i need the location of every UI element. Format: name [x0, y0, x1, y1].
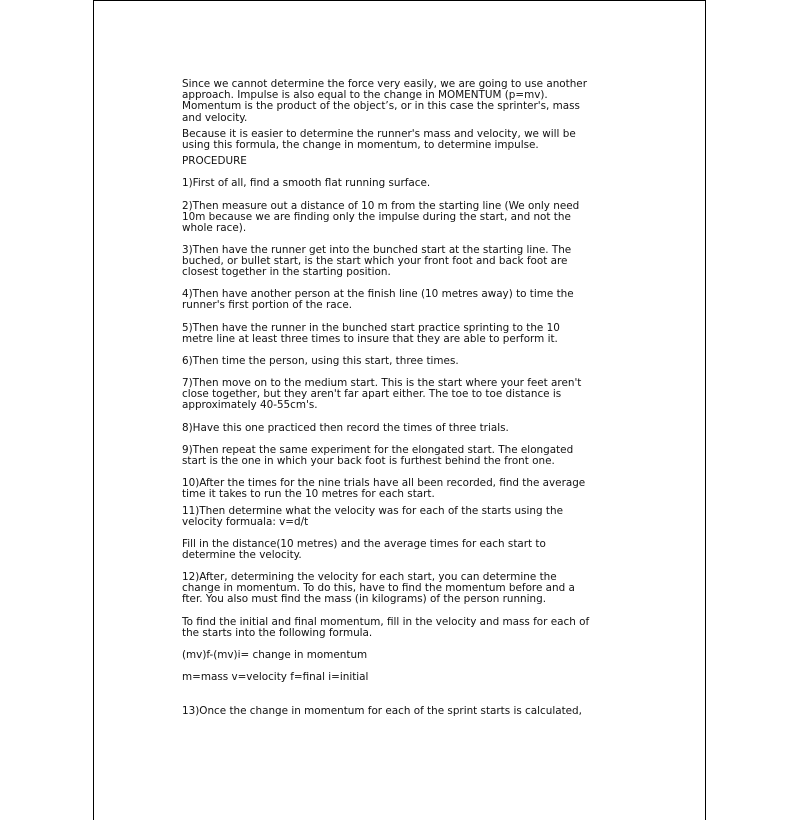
paragraph-step-13: 13)Once the change in momentum for each … [182, 706, 627, 717]
paragraph-legend: m=mass v=velocity f=final i=initial [182, 672, 627, 683]
paragraph-step-3: 3)Then have the runner get into the bunc… [182, 245, 627, 279]
paragraph-step-5: 5)Then have the runner in the bunched st… [182, 323, 627, 345]
paragraph-step-8: 8)Have this one practiced then record th… [182, 423, 627, 434]
paragraph-step-12: 12)After, determining the velocity for e… [182, 572, 627, 606]
paragraph-initial-final: To find the initial and final momentum, … [182, 617, 627, 639]
paragraph-step-11: 11)Then determine what the velocity was … [182, 506, 627, 528]
paragraph-step-10: 10)After the times for the nine trials h… [182, 478, 627, 500]
paragraph-step-1: 1)First of all, find a smooth flat runni… [182, 178, 627, 189]
paragraph-heading: PROCEDURE [182, 156, 627, 167]
paragraph-step-2: 2)Then measure out a distance of 10 m fr… [182, 201, 627, 235]
paragraph-step-4: 4)Then have another person at the finish… [182, 289, 627, 311]
paragraph-intro-2: Because it is easier to determine the ru… [182, 129, 627, 151]
paragraph-step-9: 9)Then repeat the same experiment for th… [182, 445, 627, 467]
paragraph-fill-in: Fill in the distance(10 metres) and the … [182, 539, 627, 561]
paragraph-step-6: 6)Then time the person, using this start… [182, 356, 627, 367]
paragraph-intro-1: Since we cannot determine the force very… [182, 79, 627, 124]
paragraph-formula: (mv)f-(mv)i= change in momentum [182, 650, 627, 661]
paragraph-step-7: 7)Then move on to the medium start. This… [182, 378, 627, 412]
